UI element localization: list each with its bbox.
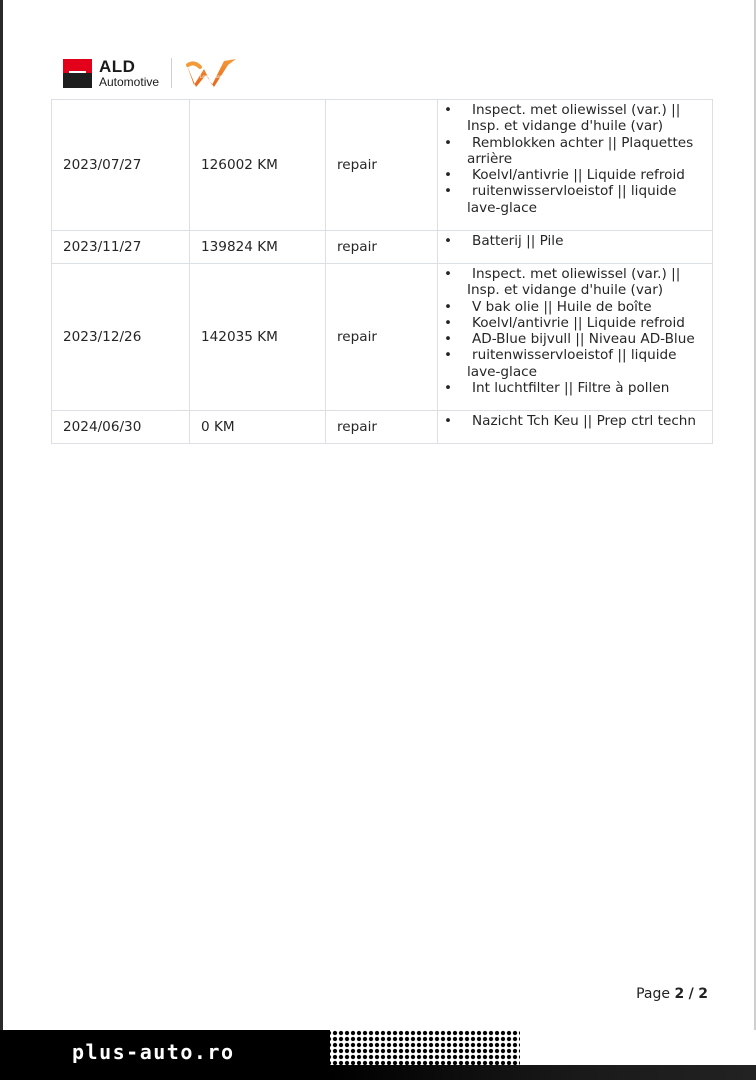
list-item: Inspect. met oliewissel (var.) || Insp. … bbox=[438, 266, 708, 299]
page-label: Page bbox=[636, 986, 670, 1002]
record-type: repair bbox=[326, 411, 438, 444]
page-indicator: Page 2 / 2 bbox=[636, 986, 708, 1002]
list-item: ruitenwisservloeistof || liquide lave-gl… bbox=[438, 183, 708, 216]
list-item: Remblokken achter || Plaquettes arrière bbox=[438, 135, 708, 168]
service-items-list: Inspect. met oliewissel (var.) || Insp. … bbox=[438, 266, 708, 396]
service-items-list: Nazicht Tch Keu || Prep ctrl techn bbox=[438, 413, 708, 429]
record-items: Batterij || Pile bbox=[438, 231, 713, 264]
service-item-text: Nazicht Tch Keu || Prep ctrl techn bbox=[467, 413, 696, 429]
ald-logo-text: ALD Automotive bbox=[99, 58, 159, 88]
leaseplan-logo-icon: LeasePlan bbox=[184, 57, 240, 89]
maintenance-history-table: 2023/07/27126002 KMrepairInspect. met ol… bbox=[51, 99, 713, 444]
list-item: Batterij || Pile bbox=[438, 233, 708, 249]
page-total: 2 bbox=[698, 986, 708, 1002]
list-item: Koelvl/antivrie || Liquide refroid bbox=[438, 167, 708, 183]
service-item-text: Remblokken achter || Plaquettes arrière bbox=[467, 135, 693, 167]
table-row: 2023/11/27139824 KMrepairBatterij || Pil… bbox=[52, 231, 713, 264]
table-row: 2023/12/26142035 KMrepairInspect. met ol… bbox=[52, 264, 713, 411]
service-item-text: AD-Blue bijvull || Niveau AD-Blue bbox=[467, 331, 695, 347]
service-item-text: Koelvl/antivrie || Liquide refroid bbox=[467, 167, 685, 183]
watermark-banner: plus-auto.ro bbox=[0, 1030, 756, 1080]
list-item: V bak olie || Huile de boîte bbox=[438, 299, 708, 315]
service-item-text: ruitenwisservloeistof || liquide lave-gl… bbox=[467, 347, 676, 379]
record-date: 2023/12/26 bbox=[52, 264, 190, 411]
banner-dark-strip bbox=[330, 1065, 756, 1080]
logo-divider bbox=[171, 58, 172, 88]
list-item: Nazicht Tch Keu || Prep ctrl techn bbox=[438, 413, 708, 429]
list-item: Koelvl/antivrie || Liquide refroid bbox=[438, 315, 708, 331]
service-items-list: Inspect. met oliewissel (var.) || Insp. … bbox=[438, 102, 708, 216]
table-row: 2024/06/300 KMrepairNazicht Tch Keu || P… bbox=[52, 411, 713, 444]
record-items: Inspect. met oliewissel (var.) || Insp. … bbox=[438, 264, 713, 411]
page-separator: / bbox=[689, 986, 694, 1002]
service-items-list: Batterij || Pile bbox=[438, 233, 708, 249]
record-mileage: 139824 KM bbox=[190, 231, 326, 264]
record-date: 2023/07/27 bbox=[52, 100, 190, 231]
record-date: 2024/06/30 bbox=[52, 411, 190, 444]
service-item-text: Koelvl/antivrie || Liquide refroid bbox=[467, 315, 685, 331]
service-item-text: ruitenwisservloeistof || liquide lave-gl… bbox=[467, 183, 676, 215]
record-date: 2023/11/27 bbox=[52, 231, 190, 264]
document-header: ALD Automotive LeasePlan bbox=[63, 56, 240, 90]
svg-text:LeasePlan: LeasePlan bbox=[200, 74, 223, 80]
brand-name: ALD bbox=[99, 58, 159, 75]
record-mileage: 142035 KM bbox=[190, 264, 326, 411]
record-items: Nazicht Tch Keu || Prep ctrl techn bbox=[438, 411, 713, 444]
list-item: Int luchtfilter || Filtre à pollen bbox=[438, 380, 708, 396]
list-item: ruitenwisservloeistof || liquide lave-gl… bbox=[438, 347, 708, 380]
document-page: ALD Automotive LeasePlan 2023/07/2712600… bbox=[0, 0, 756, 1030]
record-mileage: 0 KM bbox=[190, 411, 326, 444]
service-item-text: Inspect. met oliewissel (var.) || Insp. … bbox=[467, 266, 680, 298]
record-items: Inspect. met oliewissel (var.) || Insp. … bbox=[438, 100, 713, 231]
table-row: 2023/07/27126002 KMrepairInspect. met ol… bbox=[52, 100, 713, 231]
brand-sub: Automotive bbox=[99, 76, 159, 88]
service-item-text: V bak olie || Huile de boîte bbox=[467, 299, 652, 315]
record-type: repair bbox=[326, 231, 438, 264]
list-item: Inspect. met oliewissel (var.) || Insp. … bbox=[438, 102, 708, 135]
ald-logo-icon bbox=[63, 59, 92, 88]
page-current: 2 bbox=[674, 986, 684, 1002]
record-type: repair bbox=[326, 100, 438, 231]
record-mileage: 126002 KM bbox=[190, 100, 326, 231]
service-item-text: Batterij || Pile bbox=[467, 233, 563, 249]
service-item-text: Inspect. met oliewissel (var.) || Insp. … bbox=[467, 102, 680, 134]
record-type: repair bbox=[326, 264, 438, 411]
list-item: AD-Blue bijvull || Niveau AD-Blue bbox=[438, 331, 708, 347]
service-item-text: Int luchtfilter || Filtre à pollen bbox=[467, 380, 669, 396]
watermark-text: plus-auto.ro bbox=[72, 1040, 235, 1064]
